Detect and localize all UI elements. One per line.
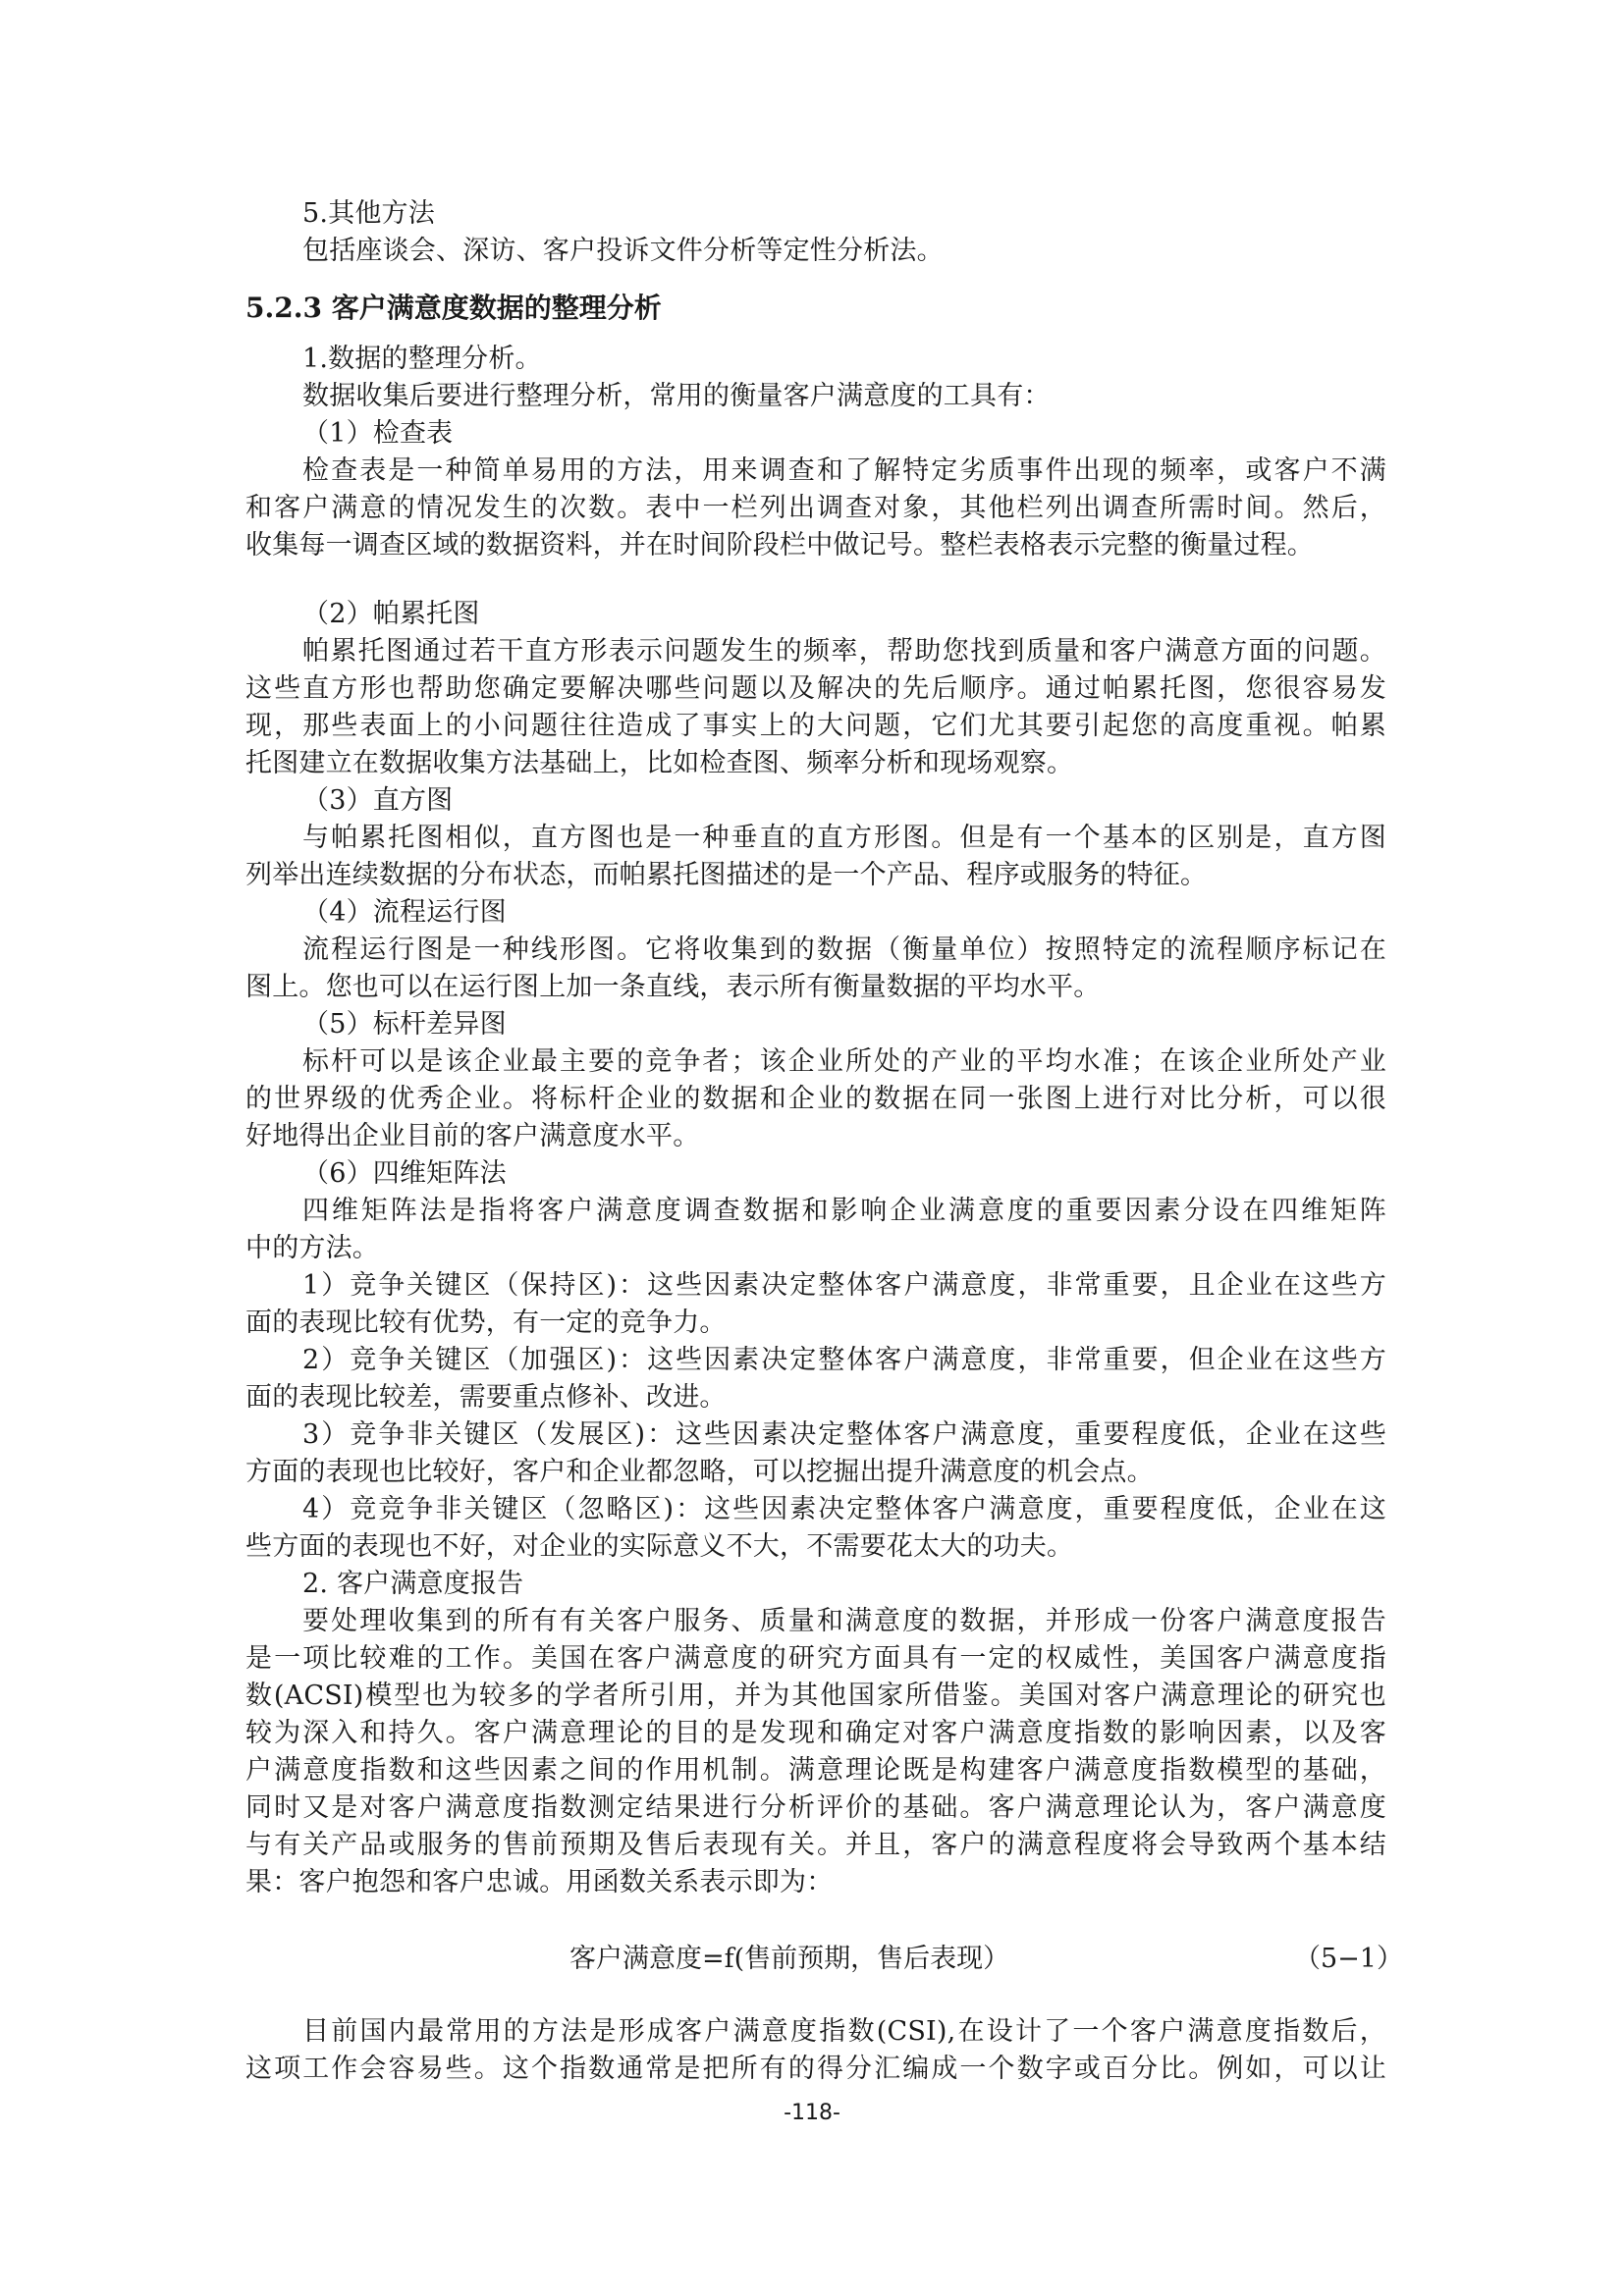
tool-title-run-chart: （4）流程运行图 <box>302 895 1386 931</box>
paragraph-line: 中的方法。 <box>245 1231 1386 1266</box>
paragraph-line: 标杆可以是该企业最主要的竞争者；该企业所处的产业的平均水准；在该企业所处产业 <box>302 1044 1386 1080</box>
paragraph-line: 列举出连续数据的分布状态，而帕累托图描述的是一个产品、程序或服务的特征。 <box>245 858 1386 893</box>
paragraph-line: 好地得出企业目前的客户满意度水平。 <box>245 1119 1386 1154</box>
tool-title-histogram: （3）直方图 <box>302 783 1386 819</box>
paragraph-line: 数据收集后要进行整理分析，常用的衡量客户满意度的工具有： <box>302 379 1386 414</box>
tool-title-four-dimension-matrix: （6）四维矩阵法 <box>302 1156 1386 1192</box>
zone-item-line: 面的表现比较差，需要重点修补、改进。 <box>245 1380 1386 1415</box>
zone-item-line: 1）竞争关键区（保持区)：这些因素决定整体客户满意度，非常重要，且企业在这些方 <box>302 1268 1386 1304</box>
paragraph-line: 四维矩阵法是指将客户满意度调查数据和影响企业满意度的重要因素分设在四维矩阵 <box>302 1194 1386 1229</box>
subsection-title-data-analysis: 1.数据的整理分析。 <box>302 342 1386 377</box>
paragraph-line: 与有关产品或服务的售前预期及售后表现有关。并且，客户的满意程度将会导致两个基本结 <box>245 1828 1386 1863</box>
paragraph-line: 流程运行图是一种线形图。它将收集到的数据（衡量单位）按照特定的流程顺序标记在 <box>302 933 1386 968</box>
paragraph-line: 是一项比较难的工作。美国在客户满意度的研究方面具有一定的权威性，美国客户满意度指 <box>245 1641 1386 1677</box>
paragraph-line: 目前国内最常用的方法是形成客户满意度指数(CSI),在设计了一个客户满意度指数后… <box>302 2014 1386 2050</box>
tool-title-pareto-chart: （2）帕累托图 <box>302 597 1386 632</box>
paragraph-line: 这项工作会容易些。这个指数通常是把所有的得分汇编成一个数字或百分比。例如，可以让 <box>245 2052 1386 2087</box>
paragraph-line: 果：客户抱怨和客户忠诚。用函数关系表示即为： <box>245 1865 1386 1900</box>
paragraph-line: 托图建立在数据收集方法基础上，比如检查图、频率分析和现场观察。 <box>245 746 1386 781</box>
paragraph-line: 较为深入和持久。客户满意理论的目的是发现和确定对客户满意度指数的影响因素，以及客 <box>245 1716 1386 1751</box>
paragraph-line: 要处理收集到的所有有关客户服务、质量和满意度的数据，并形成一份客户满意度报告 <box>302 1604 1386 1639</box>
paragraph-line: 帕累托图通过若干直方形表示问题发生的频率，帮助您找到质量和客户满意方面的问题。 <box>302 634 1386 669</box>
zone-item-line: 方面的表现也比较好，客户和企业都忽略，可以挖掘出提升满意度的机会点。 <box>245 1455 1386 1490</box>
document-page: 5.其他方法 包括座谈会、深访、客户投诉文件分析等定性分析法。 5.2.3 客户… <box>0 0 1624 2296</box>
zone-item-line: 2）竞争关键区（加强区)：这些因素决定整体客户满意度，非常重要，但企业在这些方 <box>302 1343 1386 1378</box>
page-number: -118- <box>0 2101 1624 2125</box>
paragraph-line: 图上。您也可以在运行图上加一条直线，表示所有衡量数据的平均水平。 <box>245 970 1386 1005</box>
zone-item-line: 3）竞争非关键区（发展区)：这些因素决定整体客户满意度，重要程度低，企业在这些 <box>302 1417 1386 1453</box>
paragraph-line: 收集每一调查区域的数据资料，并在时间阶段栏中做记号。整栏表格表示完整的衡量过程。 <box>245 528 1386 563</box>
paragraph-line: 同时又是对客户满意度指数测定结果进行分析评价的基础。客户满意理论认为，客户满意度 <box>245 1790 1386 1826</box>
paragraph-line: 和客户满意的情况发生的次数。表中一栏列出调查对象，其他栏列出调查所需时间。然后， <box>245 491 1386 526</box>
formula: 客户满意度=f(售前预期，售后表现） <box>569 1942 1009 1977</box>
paragraph-line: 数(ACSI)模型也为较多的学者所引用，并为其他国家所借鉴。美国对客户满意理论的… <box>245 1679 1386 1714</box>
zone-item-line: 4）竞竞争非关键区（忽略区)：这些因素决定整体客户满意度，重要程度低，企业在这 <box>302 1492 1386 1527</box>
paragraph-line: 检查表是一种简单易用的方法，用来调查和了解特定劣质事件出现的频率，或客户不满 <box>302 454 1386 489</box>
section-heading: 5.2.3 客户满意度数据的整理分析 <box>245 291 662 326</box>
tool-title-check-sheet: （1）检查表 <box>302 416 1386 452</box>
paragraph-line: 这些直方形也帮助您确定要解决哪些问题以及解决的先后顺序。通过帕累托图，您很容易发 <box>245 671 1386 707</box>
subsection-title-satisfaction-report: 2. 客户满意度报告 <box>302 1567 1386 1602</box>
section-title-other-methods: 5.其他方法 <box>302 196 1386 232</box>
paragraph-line: 户满意度指数和这些因素之间的作用机制。满意理论既是构建客户满意度指数模型的基础， <box>245 1753 1386 1789</box>
paragraph-line: 的世界级的优秀企业。将标杆企业的数据和企业的数据在同一张图上进行对比分析，可以很 <box>245 1082 1386 1117</box>
zone-item-line: 些方面的表现也不好，对企业的实际意义不大，不需要花太大的功夫。 <box>245 1529 1386 1565</box>
paragraph-line: 与帕累托图相似，直方图也是一种垂直的直方形图。但是有一个基本的区别是，直方图 <box>302 821 1386 856</box>
zone-item-line: 面的表现比较有优势，有一定的竞争力。 <box>245 1306 1386 1341</box>
paragraph-line: 现，那些表面上的小问题往往造成了事实上的大问题，它们尤其要引起您的高度重视。帕累 <box>245 709 1386 744</box>
tool-title-benchmark-chart: （5）标杆差异图 <box>302 1007 1386 1042</box>
paragraph-line: 包括座谈会、深访、客户投诉文件分析等定性分析法。 <box>302 234 1386 269</box>
equation-number: （5−1） <box>1294 1942 1403 1977</box>
